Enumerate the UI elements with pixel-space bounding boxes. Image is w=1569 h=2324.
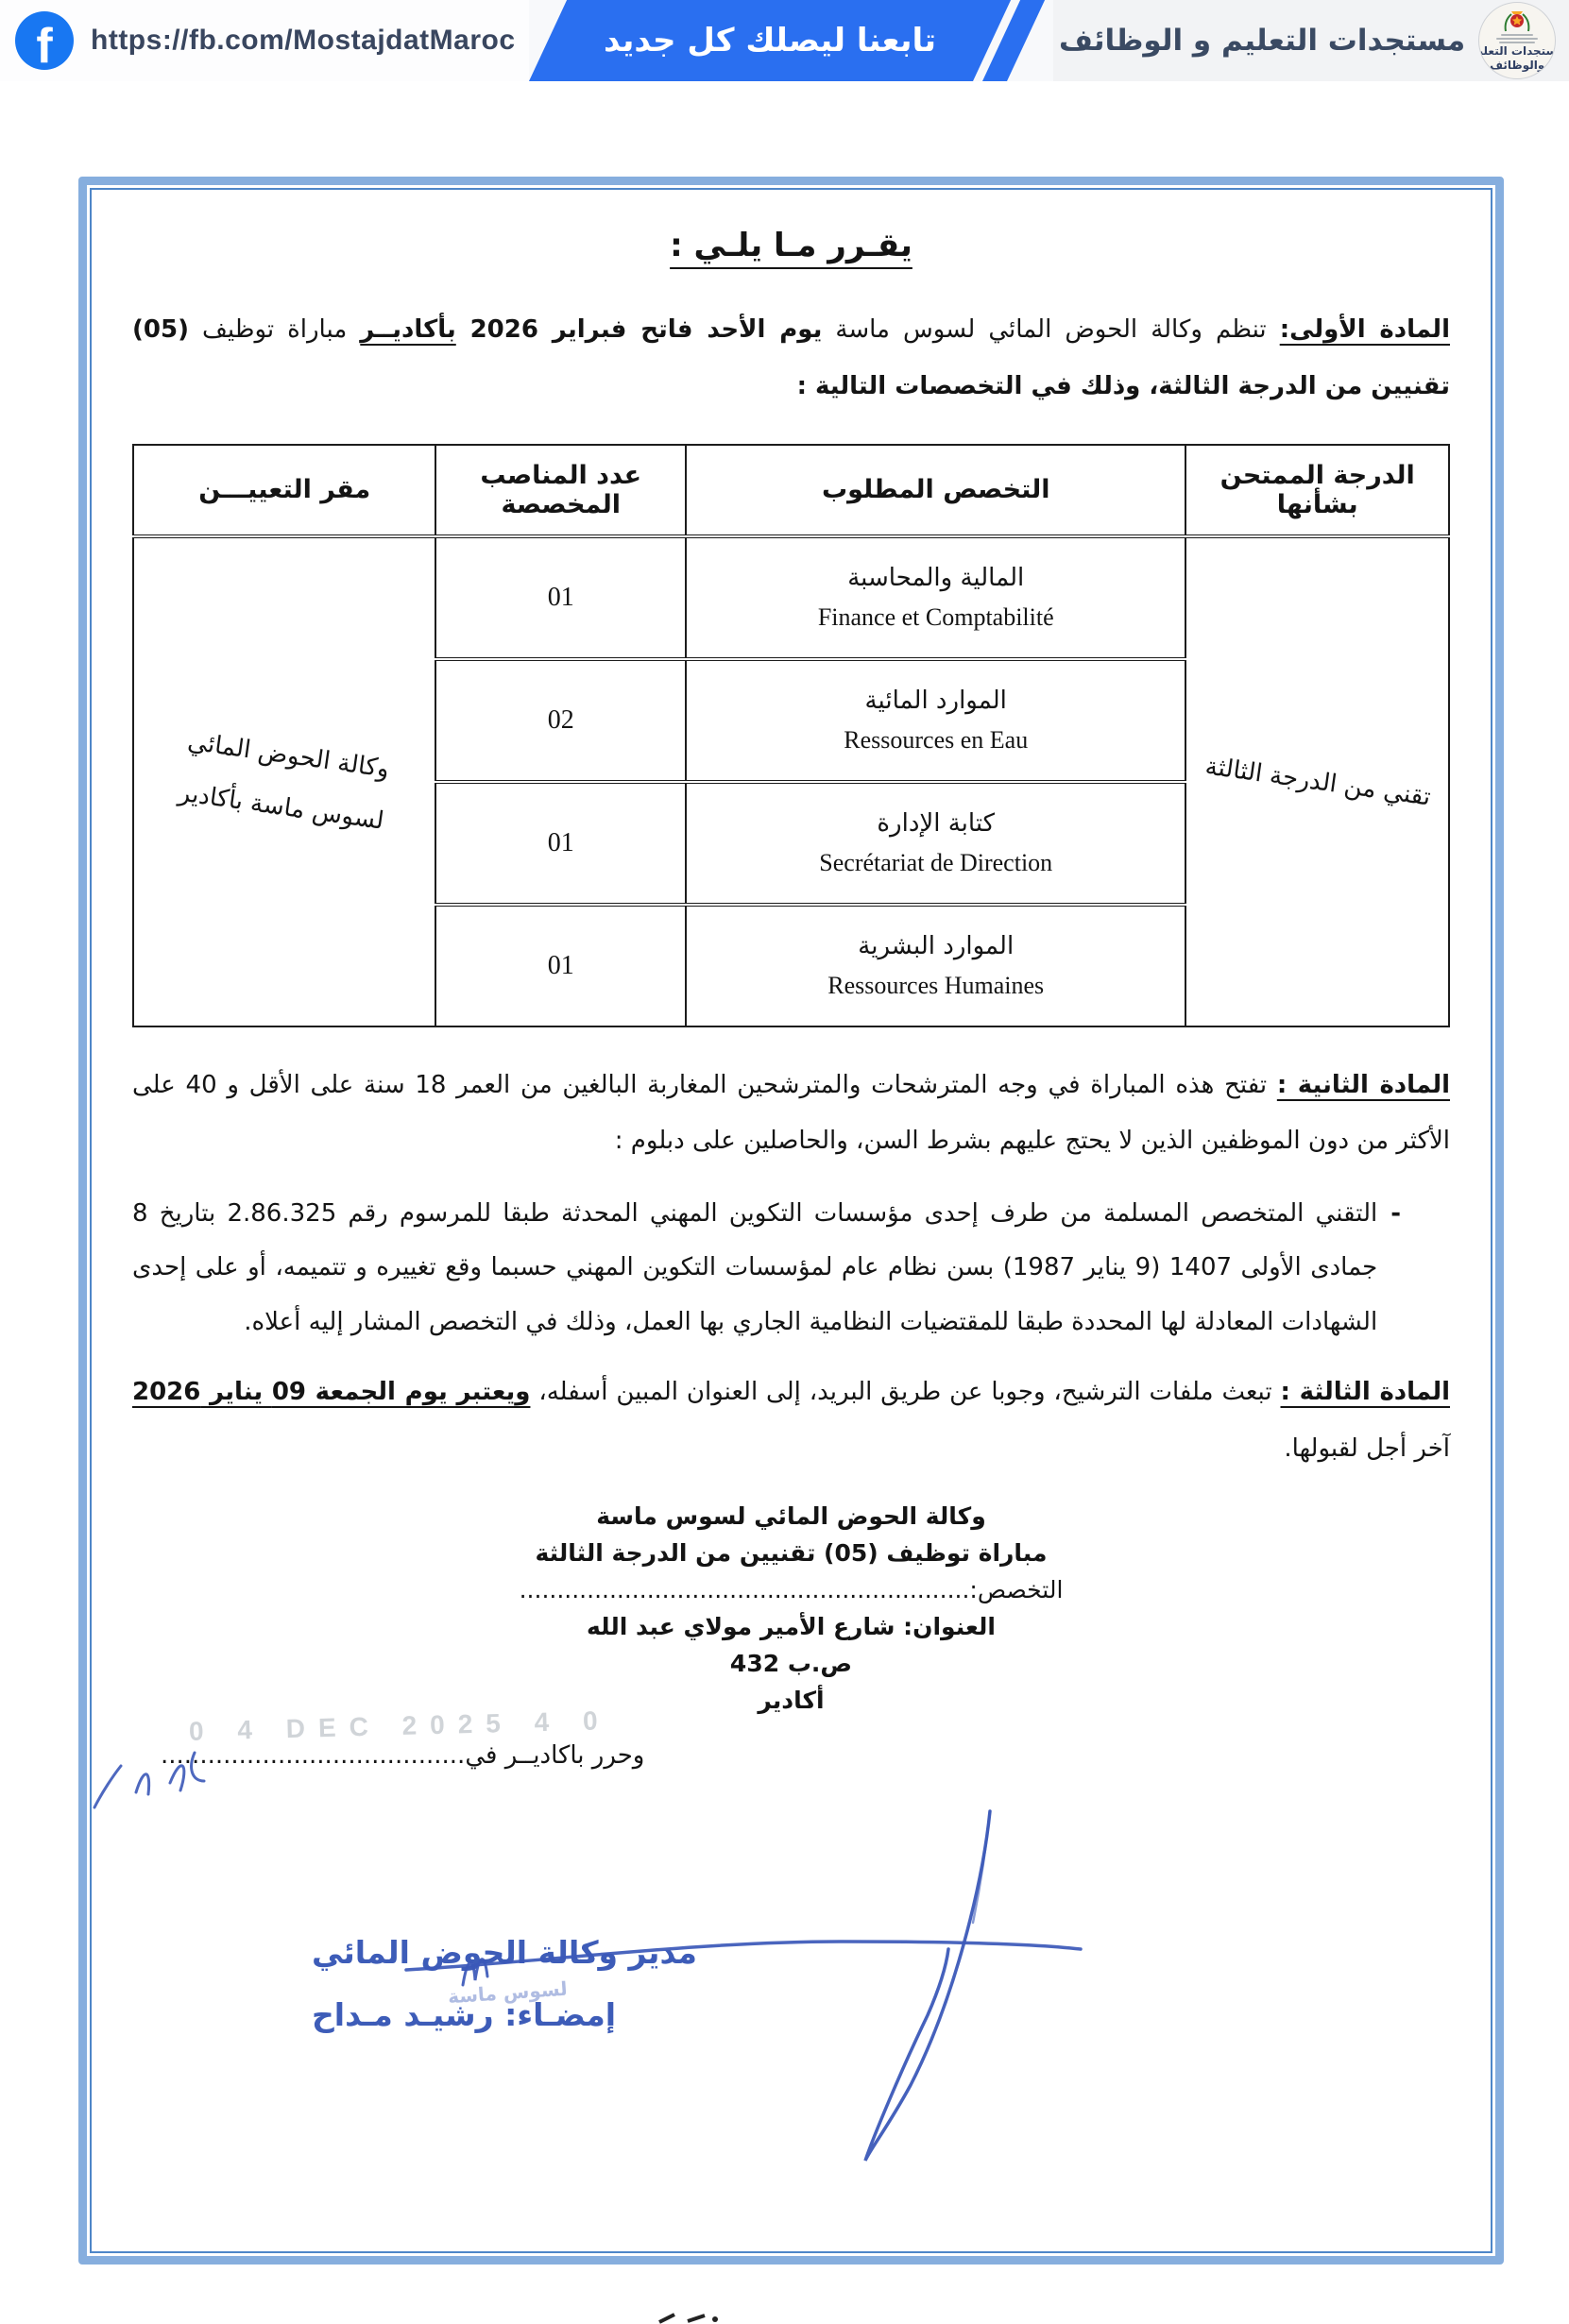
top-banner: f https://fb.com/MostajdatMaroc تابعنا ل… bbox=[0, 0, 1569, 81]
facebook-icon: f bbox=[15, 11, 74, 70]
location-line1: وكالة الحوض المائي bbox=[185, 727, 390, 784]
count-cell: 01 bbox=[435, 536, 686, 659]
address-block: وكالة الحوض المائي لسوس ماسة مباراة توظي… bbox=[132, 1498, 1450, 1719]
specialty-cell: الموارد المائية Ressources en Eau bbox=[686, 659, 1185, 782]
article-1-date-bold: يوم الأحد فاتح فبراير 2026 bbox=[456, 315, 823, 344]
specialty-arabic: الموارد المائية bbox=[694, 687, 1177, 715]
table-row: تقني من الدرجة الثالثة المالية والمحاسبة… bbox=[133, 536, 1449, 659]
issued-at-dots: ....................................... bbox=[161, 1741, 465, 1770]
site-logo: مستجدات التعليم والوظائف bbox=[1478, 2, 1556, 79]
signer-name-line: إمضـاء: رشيـد مـداح bbox=[312, 1996, 616, 2033]
decree-table: الدرجة الممتحن بشأنها التخصص المطلوب عدد… bbox=[132, 444, 1450, 1027]
address-line-contest: مباراة توظيف (05) تقنيين من الدرجة الثال… bbox=[132, 1535, 1450, 1571]
bullet-text: التقني المتخصص المسلمة من طرف إحدى مؤسسا… bbox=[132, 1187, 1377, 1349]
screenshot-root: { "banner": { "facebook_icon_letter": "f… bbox=[0, 0, 1569, 2324]
article-2-label: المادة الثانية : bbox=[1277, 1071, 1450, 1099]
address-line-street: العنوان: شارع الأمير مولاي عبد الله bbox=[132, 1608, 1450, 1645]
article-1-text-1: تنظم وكالة الحوض المائي لسوس ماسة bbox=[822, 315, 1279, 344]
article-3-text-2: آخر أجل لقبولها. bbox=[1284, 1434, 1450, 1463]
bullet-item: - التقني المتخصص المسلمة من طرف إحدى مؤس… bbox=[132, 1187, 1450, 1349]
decree-title: يقـرر مـا يلـي : bbox=[132, 227, 1450, 283]
merged-location-cell: وكالة الحوض المائيلسوس ماسة بأكادير bbox=[133, 536, 435, 1026]
document-page: يقـرر مـا يلـي : المادة الأولى: تنظم وكا… bbox=[78, 177, 1504, 2265]
article-1-text-2: مباراة توظيف bbox=[189, 315, 360, 344]
facebook-letter: f bbox=[36, 22, 52, 71]
specialty-arabic: المالية والمحاسبة bbox=[694, 564, 1177, 592]
location-line2: لسوس ماسة بأكادير bbox=[177, 778, 385, 835]
specialty-french: Ressources en Eau bbox=[694, 726, 1177, 755]
address-line-pobox: ص.ب 432 bbox=[132, 1645, 1450, 1682]
address-line-agency: وكالة الحوض المائي لسوس ماسة bbox=[132, 1498, 1450, 1535]
article-2: المادة الثانية : تفتح هذه المباراة في وج… bbox=[132, 1058, 1450, 1171]
brand-title: مستجدات التعليم و الوظائف bbox=[1059, 24, 1465, 58]
article-1-city-bold: بأكاديــر bbox=[360, 315, 455, 344]
article-1: المادة الأولى: تنظم وكالة الحوض المائي ل… bbox=[132, 302, 1450, 416]
article-3-deadline-bold: ويعتبر يوم الجمعة 09 يناير 2026 bbox=[132, 1378, 530, 1406]
logo-text-line2: والوظائف bbox=[1490, 59, 1544, 73]
specialty-arabic: الموارد البشرية bbox=[694, 932, 1177, 960]
issued-at-text: وحرر باكاديــر في bbox=[465, 1741, 644, 1770]
bullet-dash: - bbox=[1390, 1187, 1401, 1349]
count-cell: 02 bbox=[435, 659, 686, 782]
specialty-arabic: كتابة الإدارة bbox=[694, 809, 1177, 838]
location-text: وكالة الحوض المائيلسوس ماسة بأكادير bbox=[175, 716, 394, 847]
facebook-url[interactable]: https://fb.com/MostajdatMaroc bbox=[91, 25, 516, 57]
specialty-cell: المالية والمحاسبة Finance et Comptabilit… bbox=[686, 536, 1185, 659]
specialty-french: Ressources Humaines bbox=[694, 972, 1177, 1000]
article-3: المادة الثالثة : تبعث ملفات الترشيح، وجو… bbox=[132, 1365, 1450, 1478]
col-header-location: مقر التعييـــن bbox=[133, 445, 435, 536]
issued-at-line: وحرر باكاديــر في.......................… bbox=[161, 1741, 644, 1770]
address-line-specialty: التخصص:.................................… bbox=[132, 1571, 1450, 1608]
grade-text: تقني من الدرجة الثالثة bbox=[1203, 752, 1432, 811]
table-header-row: الدرجة الممتحن بشأنها التخصص المطلوب عدد… bbox=[133, 445, 1449, 536]
document-content: يقـرر مـا يلـي : المادة الأولى: تنظم وكا… bbox=[87, 185, 1495, 2256]
count-cell: 01 bbox=[435, 782, 686, 905]
follow-ribbon-text: تابعنا ليصلك كل جديد bbox=[567, 0, 973, 81]
merged-grade-cell: تقني من الدرجة الثالثة bbox=[1185, 536, 1449, 1026]
count-cell: 01 bbox=[435, 905, 686, 1026]
morocco-emblem-icon bbox=[1501, 8, 1533, 33]
article-2-text: تفتح هذه المباراة في وجه المترشحات والمت… bbox=[132, 1071, 1450, 1156]
banner-right-section: مستجدات التعليم والوظائف مستجدات التعليم… bbox=[1053, 0, 1569, 81]
col-header-count: عدد المناصب المخصصة bbox=[435, 445, 686, 536]
col-header-specialty: التخصص المطلوب bbox=[686, 445, 1185, 536]
banner-left-section: f https://fb.com/MostajdatMaroc bbox=[0, 0, 529, 81]
article-3-label: المادة الثالثة : bbox=[1281, 1378, 1451, 1406]
col-header-grade: الدرجة الممتحن بشأنها bbox=[1185, 445, 1449, 536]
director-title-line: مدير وكالة الحوض المائي bbox=[312, 1934, 697, 1971]
article-1-text-3: ، وذلك في التخصصات التالية : bbox=[797, 372, 1159, 400]
logo-fine-print-lines bbox=[1496, 34, 1538, 43]
article-3-text-1: تبعث ملفات الترشيح، وجوبا عن طريق البريد… bbox=[530, 1378, 1280, 1406]
bottom-edge-artifact bbox=[656, 2313, 722, 2324]
article-1-label: المادة الأولى: bbox=[1280, 315, 1450, 344]
specialty-french: Finance et Comptabilité bbox=[694, 603, 1177, 632]
logo-text-line1: مستجدات التعليم bbox=[1478, 44, 1556, 59]
specialty-french: Secrétariat de Direction bbox=[694, 849, 1177, 877]
specialty-cell: الموارد البشرية Ressources Humaines bbox=[686, 905, 1185, 1026]
specialty-cell: كتابة الإدارة Secrétariat de Direction bbox=[686, 782, 1185, 905]
